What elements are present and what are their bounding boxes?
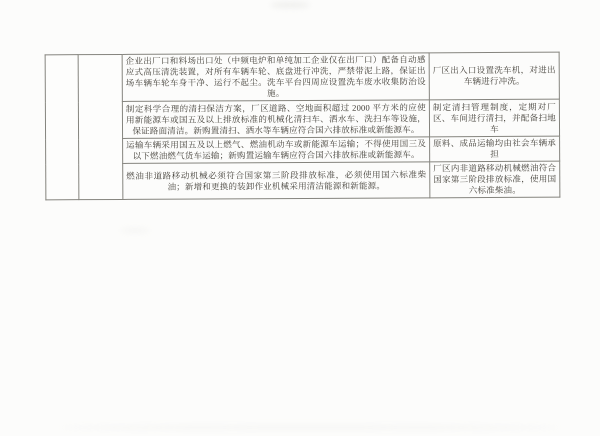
- left-column-1-cell: [45, 55, 79, 200]
- implementation-cell-transport-vehicles: 原料、成品运输均由社会车辆承担: [430, 136, 560, 162]
- scan-noise-smudge: [60, 425, 560, 430]
- table-row: 燃油非道路移动机械必须符合国家第三阶段排放标准，必须使用国六标准柴油；新增和更换…: [46, 161, 560, 200]
- implementation-cell-nonroad-machinery: 厂区内非道路移动机械燃油符合国家第三阶段排放标准，使用国六标准柴油。: [430, 161, 560, 198]
- table-row: 制定科学合理的清扫保洁方案，厂区道路、空地面积超过 2000 平方米的应使用新能…: [45, 99, 559, 139]
- scan-noise-smudge: [120, 228, 150, 233]
- table-row: 运输车辆采用国五及以上燃气、燃油机动车或新能源车运输；不得使用国三及以下燃油燃气…: [46, 136, 560, 164]
- table-row: 企业出厂口和料场出口处（中频电炉和单纯加工企业仅在出厂口）配备自动感应式高压清洗…: [45, 52, 559, 102]
- implementation-cell-vehicle-washing: 厂区出入口设置洗车机，对进出车辆进行冲洗。: [429, 52, 559, 100]
- compliance-table: 企业出厂口和料场出口处（中频电炉和单纯加工企业仅在出厂口）配备自动感应式高压清洗…: [45, 52, 561, 201]
- implementation-cell-road-sweeping: 制定清扫管理制度，定期对厂区、车间进行清扫，并配备扫地车: [429, 99, 559, 137]
- requirement-cell-transport-vehicles: 运输车辆采用国五及以上燃气、燃油机动车或新能源车运输；不得使用国三及以下燃油燃气…: [123, 137, 430, 164]
- scan-noise-smudge: [270, 2, 310, 8]
- left-column-2-cell: [78, 54, 123, 199]
- requirement-cell-road-sweeping: 制定科学合理的清扫保洁方案，厂区道路、空地面积超过 2000 平方米的应使用新能…: [122, 100, 429, 139]
- requirement-cell-nonroad-machinery: 燃油非道路移动机械必须符合国家第三阶段排放标准，必须使用国六标准柴油；新增和更换…: [123, 162, 430, 200]
- requirement-cell-vehicle-washing: 企业出厂口和料场出口处（中频电炉和单纯加工企业仅在出厂口）配备自动感应式高压清洗…: [122, 53, 429, 102]
